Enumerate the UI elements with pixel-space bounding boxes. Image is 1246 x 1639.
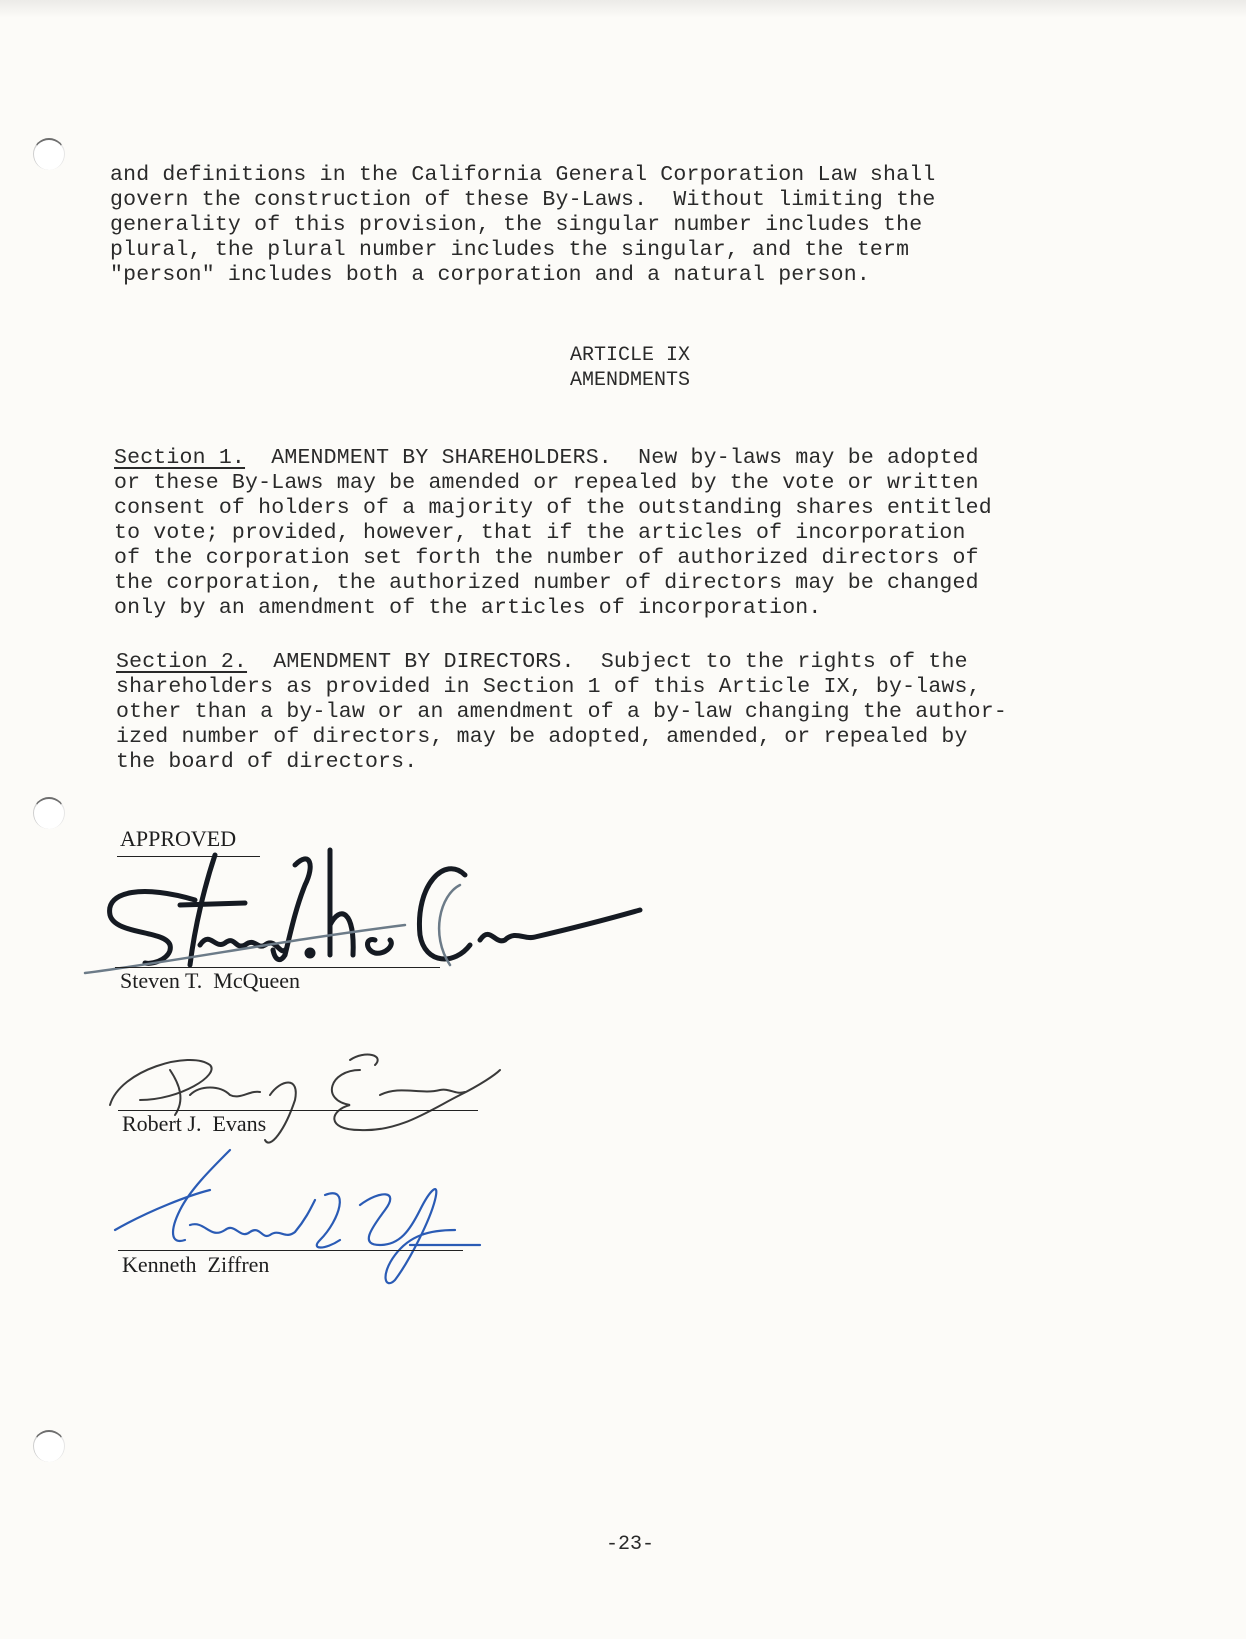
text-line: only by an amendment of the articles of … (114, 596, 822, 621)
text-line: shareholders as provided in Section 1 of… (116, 675, 981, 700)
text-line: to vote; provided, however, that if the … (114, 521, 966, 546)
text-line: ized number of directors, may be adopted… (116, 725, 968, 750)
text-line: plural, the plural number includes the s… (110, 238, 909, 263)
paper-edge-shadow (0, 0, 1246, 18)
section-2-heading: AMENDMENT BY DIRECTORS. (273, 650, 574, 674)
binder-hole-middle (33, 797, 65, 829)
text-line: and definitions in the California Genera… (110, 163, 935, 188)
text-line: of the corporation set forth the number … (114, 546, 979, 571)
signatory-name-evans: Robert J. Evans (122, 1111, 266, 1137)
signature-evans (100, 1040, 520, 1160)
signatory-name-ziffren: Kenneth Ziffren (122, 1252, 269, 1278)
section-1-heading: AMENDMENT BY SHAREHOLDERS. (271, 446, 612, 470)
section-1-first-line: Section 1. AMENDMENT BY SHAREHOLDERS. Ne… (114, 446, 979, 471)
section-2-label: Section 2. (116, 650, 247, 674)
text-line: "person" includes both a corporation and… (110, 263, 870, 288)
article-number: ARTICLE IX (0, 343, 1246, 368)
text-line: generality of this provision, the singul… (110, 213, 922, 238)
signature-line-ziffren (118, 1250, 463, 1251)
section-2-first-line: Section 2. AMENDMENT BY DIRECTORS. Subje… (116, 650, 968, 675)
binder-hole-bottom (33, 1430, 65, 1462)
signatory-name-mcqueen: Steven T. McQueen (120, 968, 300, 994)
article-title: AMENDMENTS (0, 368, 1246, 393)
section-1-label: Section 1. (114, 446, 245, 470)
text-line: or these By-Laws may be amended or repea… (114, 471, 979, 496)
text-line: the board of directors. (116, 750, 417, 775)
page-number: -23- (0, 1533, 1246, 1556)
binder-hole-top (33, 138, 65, 170)
text-line: consent of holders of a majority of the … (114, 496, 992, 521)
signature-mcqueen (85, 845, 645, 975)
text-line: the corporation, the authorized number o… (114, 571, 979, 596)
text-line: other than a by-law or an amendment of a… (116, 700, 1007, 725)
text-line: govern the construction of these By-Laws… (110, 188, 935, 213)
